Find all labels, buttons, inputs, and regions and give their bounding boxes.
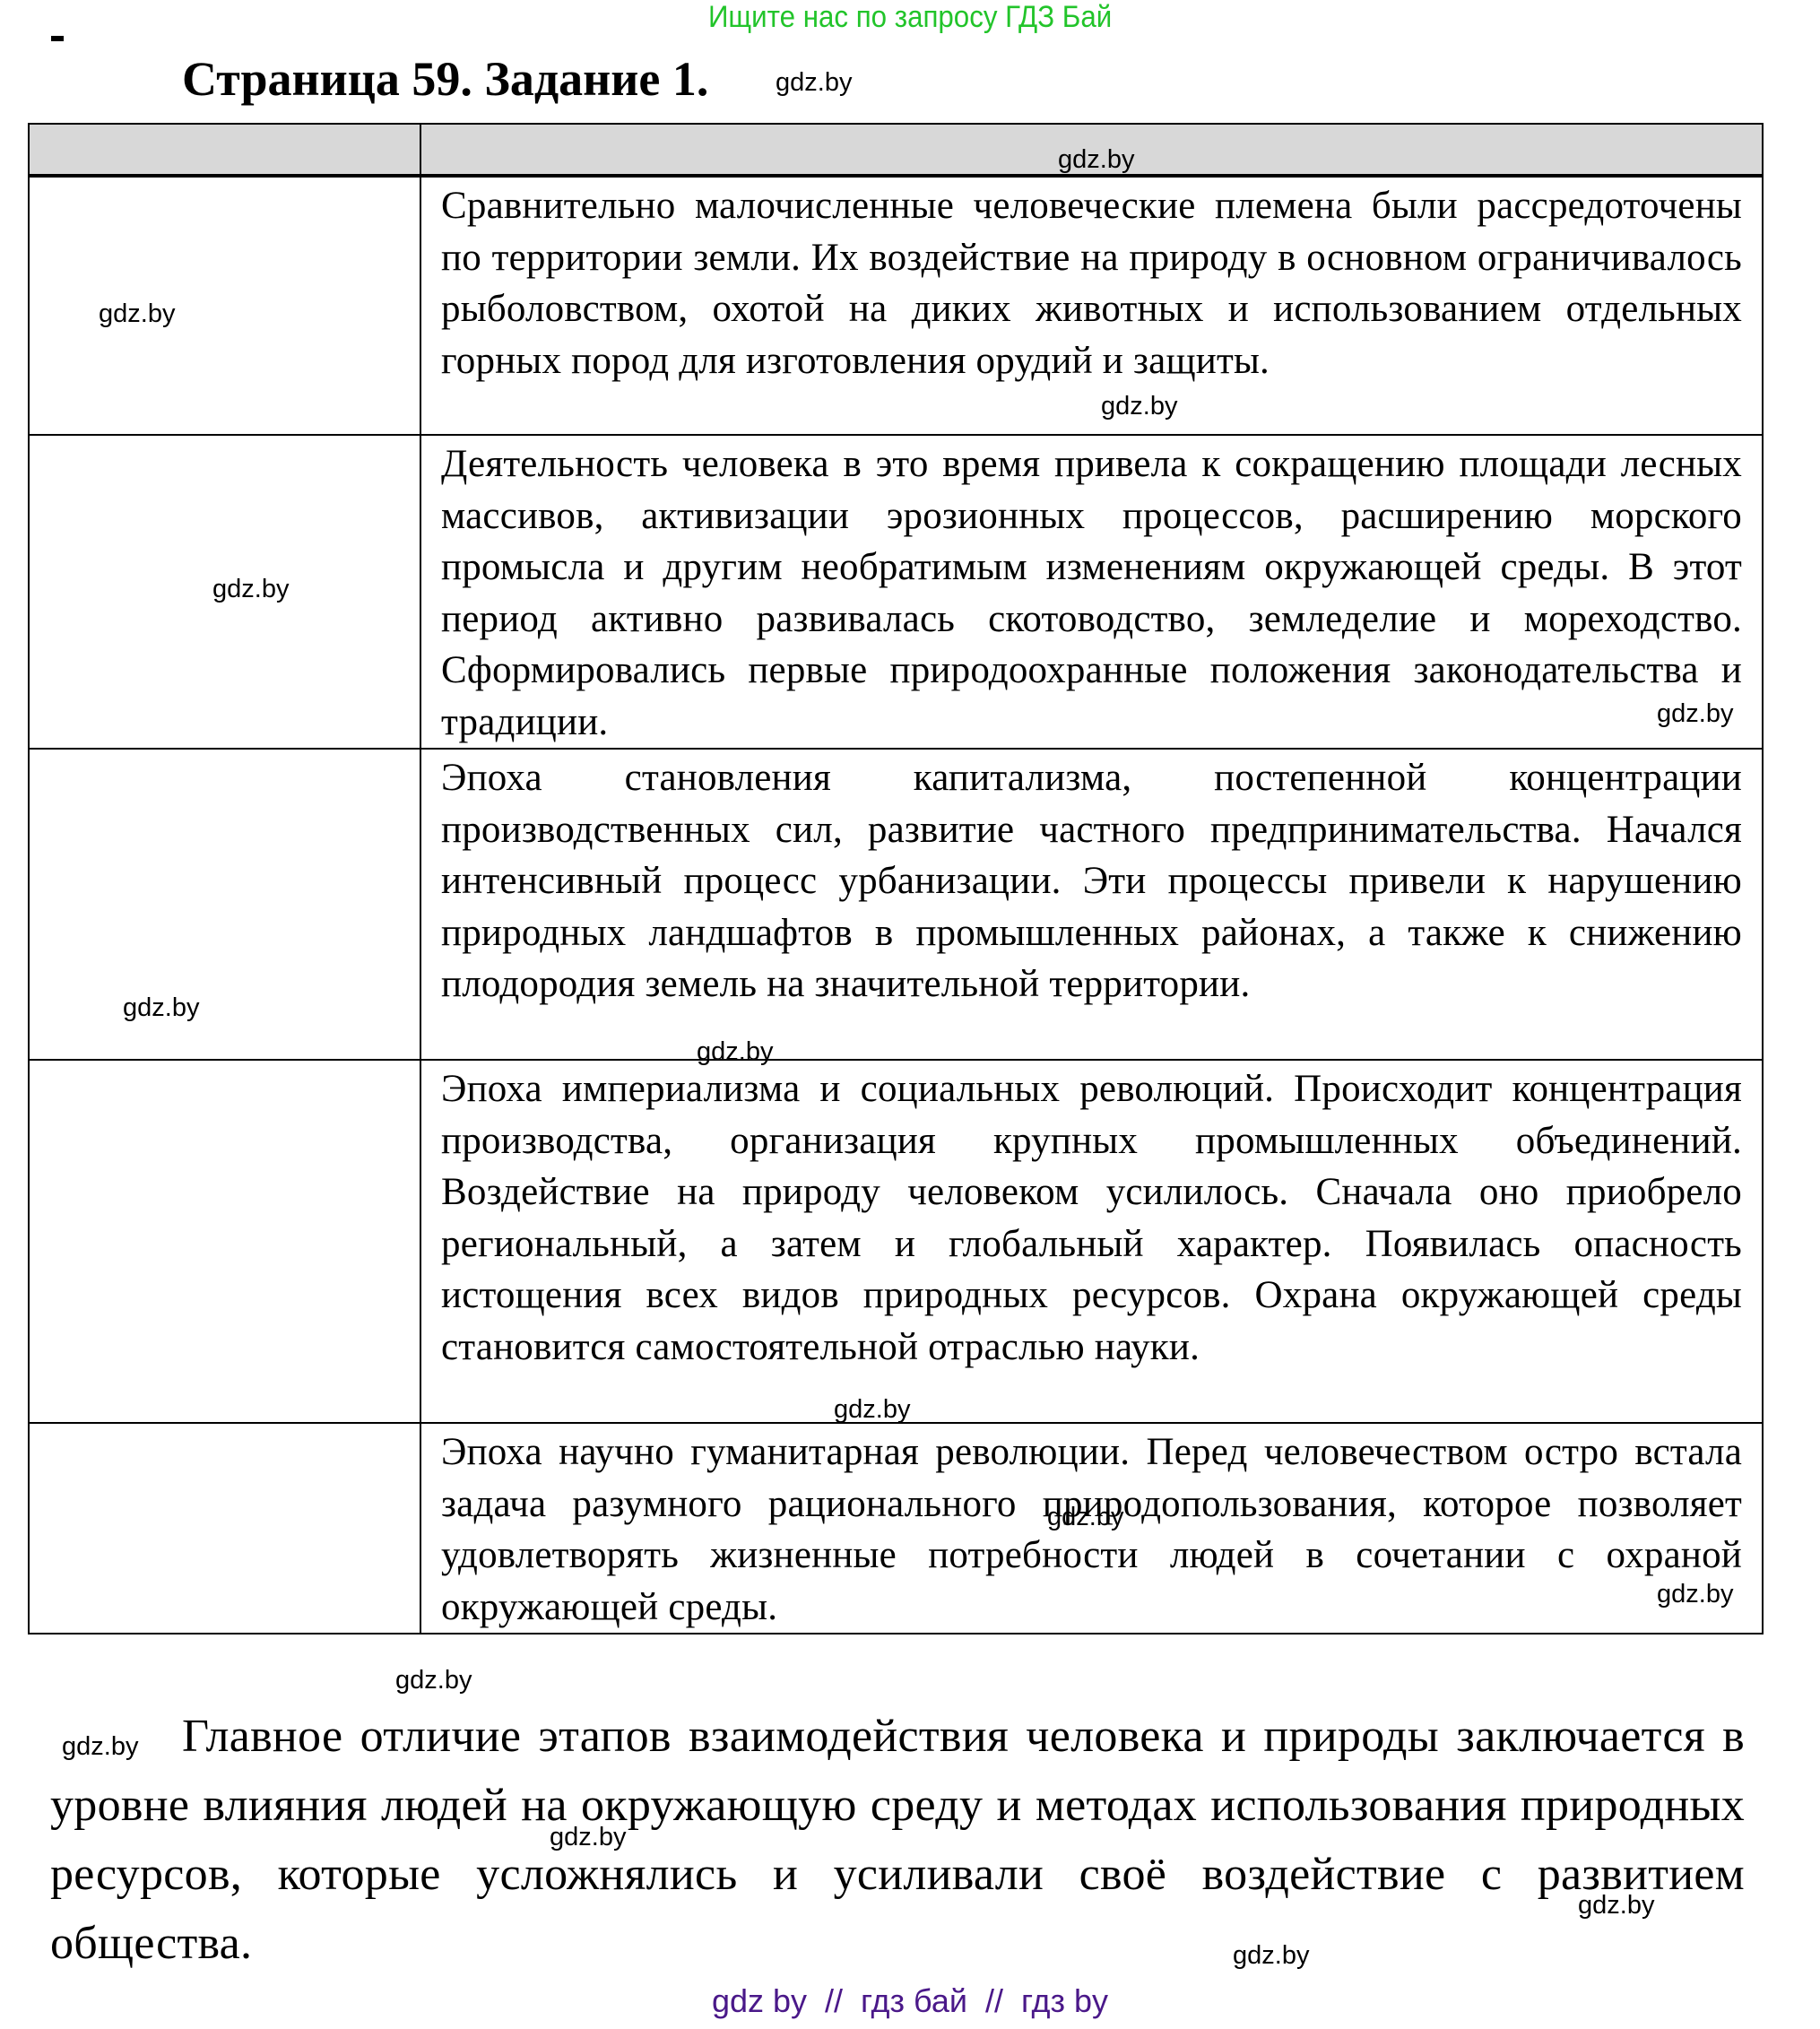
table-header-row bbox=[29, 124, 1763, 176]
watermark: gdz.by bbox=[123, 993, 199, 1022]
description-cell: Эпоха становления капитализма, постепенн… bbox=[420, 749, 1763, 1060]
description-text: Деятельность человека в это время привел… bbox=[421, 436, 1762, 748]
header-cell-period bbox=[29, 124, 420, 176]
description-cell: Деятельность человека в это время привел… bbox=[420, 435, 1763, 749]
table-row: Эпоха империализма и социальных революци… bbox=[29, 1060, 1763, 1423]
watermark: gdz.by bbox=[697, 1037, 773, 1066]
watermark: gdz.by bbox=[1101, 392, 1177, 421]
period-cell bbox=[29, 1060, 420, 1423]
watermark: gdz.by bbox=[212, 575, 289, 603]
description-text: Сравнительно малочисленные человеческие … bbox=[421, 178, 1762, 386]
scan-artifact-mark bbox=[51, 36, 64, 41]
watermark: gdz.by bbox=[834, 1395, 910, 1424]
watermark: gdz.by bbox=[776, 68, 852, 97]
description-cell: Сравнительно малочисленные человеческие … bbox=[420, 176, 1763, 435]
table-row: Эпоха становления капитализма, постепенн… bbox=[29, 749, 1763, 1060]
description-text: Эпоха становления капитализма, постепенн… bbox=[421, 750, 1762, 1010]
watermark: gdz.by bbox=[1657, 1580, 1733, 1608]
table-row: Эпоха научно гуманитарная революции. Пер… bbox=[29, 1423, 1763, 1634]
page-title: Страница 59. Задание 1. bbox=[182, 52, 708, 106]
period-cell bbox=[29, 749, 420, 1060]
period-cell bbox=[29, 1423, 420, 1634]
table-row: Сравнительно малочисленные человеческие … bbox=[29, 176, 1763, 435]
period-cell bbox=[29, 176, 420, 435]
description-text: Эпоха империализма и социальных революци… bbox=[421, 1061, 1762, 1373]
conclusion-paragraph: Главное отличие этапов взаимодействия че… bbox=[50, 1702, 1745, 1978]
watermark: gdz.by bbox=[1058, 145, 1134, 174]
watermark: gdz.by bbox=[1657, 699, 1733, 728]
description-cell: Эпоха империализма и социальных революци… bbox=[420, 1060, 1763, 1423]
search-hint-banner: Ищите нас по запросу ГДЗ Бай bbox=[73, 0, 1747, 34]
watermark: gdz.by bbox=[395, 1666, 472, 1695]
footer-links[interactable]: gdz by // гдз бай // гдз by bbox=[0, 1983, 1820, 2019]
watermark: gdz.by bbox=[1047, 1503, 1123, 1531]
watermark: gdz.by bbox=[99, 299, 175, 328]
